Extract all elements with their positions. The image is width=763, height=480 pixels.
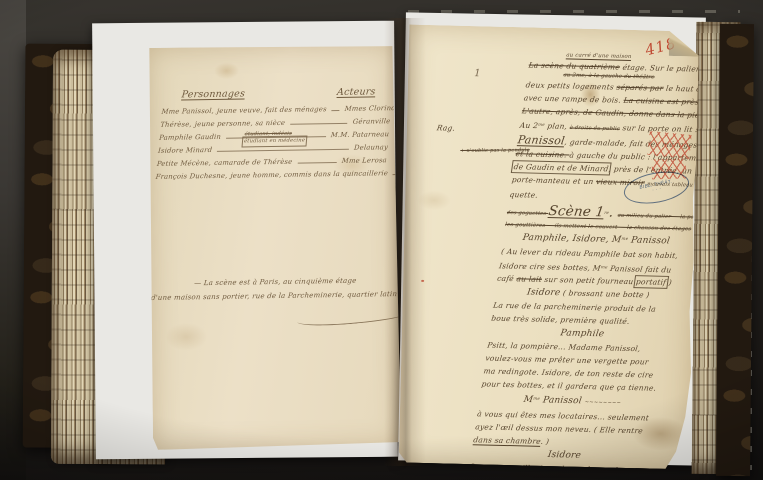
manuscript-segment: porte-manteau et un bbox=[511, 176, 597, 187]
personnages-header: Personnages bbox=[181, 88, 245, 100]
cast-list: Mme Panissol,jeune veuve, fait des ménag… bbox=[155, 104, 392, 186]
manuscript-segment: quette. bbox=[509, 191, 539, 201]
book-cover-right bbox=[716, 24, 754, 476]
bracket-annotation: étudiant, indécis étudiant en médecine bbox=[244, 130, 306, 145]
leader-line bbox=[290, 123, 348, 125]
manuscript-segment: sur son petit fourneau bbox=[541, 275, 636, 286]
character-description: jeune veuve, fait des ménages bbox=[217, 105, 327, 115]
actor-name: Mme Lerosa bbox=[341, 156, 387, 165]
manuscript-segment: Panissol fait du bbox=[607, 264, 672, 275]
manuscript-segment: pour tes bottes, et il gardera que ça ti… bbox=[481, 380, 657, 393]
manuscript-segment: deux petits logements bbox=[525, 80, 617, 91]
manuscript-segment: ) bbox=[665, 278, 672, 287]
manuscript-segment: Panissol bbox=[539, 396, 585, 407]
character-name: Pamphile Gaudin bbox=[159, 133, 222, 142]
leader-line bbox=[393, 174, 401, 175]
manuscript-segment: boue très solide, première qualité. bbox=[491, 314, 631, 326]
acteurs-header: Acteurs bbox=[337, 86, 377, 98]
character-description: jeune personne, sa nièce bbox=[195, 119, 286, 128]
manuscript-segment: Scène 1 bbox=[547, 203, 605, 220]
character-description: jeune homme, commis dans la quincailleri… bbox=[230, 169, 388, 179]
leader-line bbox=[297, 162, 337, 164]
cast-list-header: Personnages Acteurs bbox=[181, 86, 376, 100]
manuscript-segment: La scène du quatrième bbox=[528, 60, 621, 71]
manuscript-segment: Panissol bbox=[627, 236, 670, 247]
manuscript-photo: Personnages Acteurs Mme Panissol,jeune v… bbox=[0, 0, 763, 480]
red-ink-dot bbox=[421, 280, 424, 282]
actor-name: M.M. Patarneau bbox=[330, 130, 389, 139]
actor-name: Géranville bbox=[352, 117, 390, 126]
manuscript-segment: café bbox=[497, 274, 518, 283]
margin-insertion: + n'oublie pas la pendule bbox=[460, 147, 529, 154]
character-name: Thérèse, bbox=[160, 120, 192, 129]
manuscript-segment: de Gaudin et de Minard bbox=[513, 163, 609, 174]
manuscript-segment: dans sa chambre bbox=[473, 435, 542, 446]
manuscript-segment: étage. Sur le palier on bbox=[619, 63, 699, 74]
manuscript-segment: Pamphile bbox=[560, 329, 605, 340]
marginal-note: Rag. bbox=[436, 123, 456, 132]
manuscript-segment: Au 2 bbox=[519, 121, 539, 130]
manuscript-segment: à droite du public bbox=[569, 125, 620, 132]
red-crosshatch bbox=[647, 131, 691, 159]
character-name: Petite Mécène, bbox=[157, 159, 212, 168]
manuscript-segment: Panissol bbox=[517, 134, 566, 148]
character-name: François Duchesne, bbox=[155, 172, 228, 181]
character-name: Isidore Minard bbox=[158, 146, 213, 155]
manuscript-segment: des goguettes bbox=[506, 210, 548, 217]
manuscript-segment: au lait bbox=[516, 275, 543, 285]
manuscript-text: au carré d'une maisonLa scène du quatriè… bbox=[468, 51, 699, 469]
scene-note-line: d'une maison sans portier, rue de la Par… bbox=[149, 288, 398, 305]
manuscript-segment: Isidore bbox=[526, 288, 561, 299]
character-name: Mme Panissol, bbox=[161, 107, 214, 116]
manuscript-page-left: Personnages Acteurs Mme Panissol,jeune v… bbox=[147, 44, 401, 450]
manuscript-segment: ( brossant une botte ) bbox=[560, 289, 650, 300]
character-description: camarade de Thérèse bbox=[214, 158, 293, 167]
manuscript-segment: ~~~~~~~~ bbox=[584, 400, 621, 407]
manuscript-page-right: au carré d'une maisonLa scène du quatriè… bbox=[399, 25, 700, 470]
manuscript-segment: . ) bbox=[540, 437, 550, 446]
manuscript-segment: Isidore bbox=[547, 450, 582, 461]
manuscript-segment: portatif bbox=[635, 278, 667, 288]
leader-line bbox=[332, 110, 340, 111]
stray-pen-mark: 1 bbox=[474, 68, 481, 79]
manuscript-segment: au milieu du palier — la porte des étage… bbox=[617, 213, 699, 222]
pen-flourish bbox=[297, 306, 401, 329]
scene-location-note: — La scène est à Paris, au cinquième éta… bbox=[149, 274, 399, 305]
manuscript-segment: Pamphile, Isidore, M bbox=[522, 233, 622, 245]
manuscript-segment: avec une rampe de bois. bbox=[523, 93, 624, 104]
leader-line bbox=[217, 149, 349, 152]
cast-row: François Duchesne,jeune homme, commis da… bbox=[155, 169, 386, 186]
actor-name: Mmes Clorinde bbox=[344, 104, 400, 113]
manuscript-segment: plan, bbox=[544, 121, 570, 131]
bracket-note-boxed: étudiant en médecine bbox=[244, 137, 306, 145]
manuscript-segment: Isidore cire ses bottes, M bbox=[498, 261, 601, 272]
manuscript-segment: La cuisine est près du palier bbox=[623, 96, 699, 108]
manuscript-segment: le haut de l'escalier bbox=[663, 84, 700, 95]
manuscript-segment: séparés par bbox=[616, 83, 664, 93]
actor-name: Delaunay bbox=[354, 143, 389, 152]
